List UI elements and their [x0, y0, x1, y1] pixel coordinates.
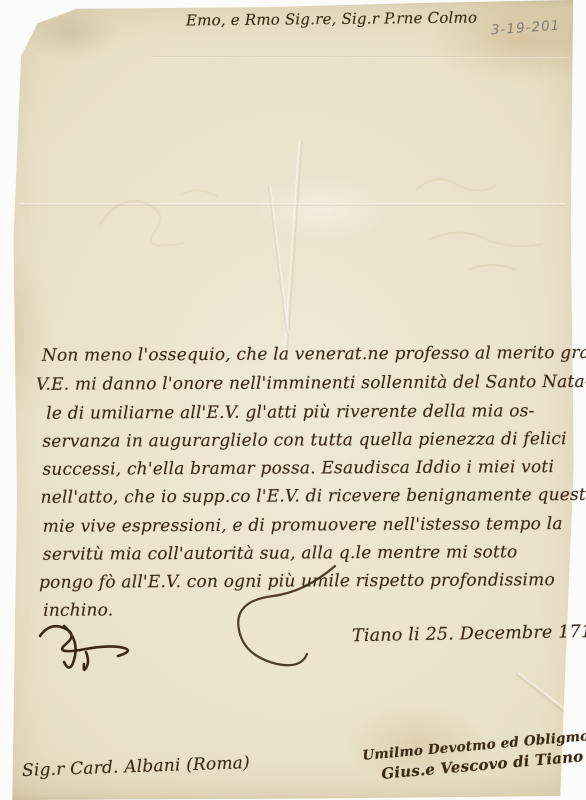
photograph-stage: 3-19-201 Emo, e Rmo Sig.re, Sig.r P.rne …: [0, 0, 586, 800]
ink-showthrough: [408, 150, 558, 300]
body-line: le di umiliarne all'E.V. gl'atti più riv…: [46, 401, 535, 424]
salutation-line: Emo, e Rmo Sig.re, Sig.r P.rne Colmo: [186, 8, 477, 29]
ink-sweep-flourish: [215, 560, 355, 670]
body-line: mie vive espressioni, e di promuovere ne…: [43, 514, 563, 537]
ink-showthrough: [90, 165, 230, 265]
vertical-crease: [268, 185, 289, 334]
ink-paraph-flourish: [34, 612, 134, 672]
body-line: Non meno l'ossequio, che la venerat.ne p…: [42, 343, 586, 366]
horizontal-fold-crease: [150, 56, 570, 58]
body-line: V.E. mi danno l'onore nell'imminenti sol…: [36, 372, 586, 395]
body-line: successi, ch'ella bramar possa. Esaudisc…: [42, 457, 554, 480]
vertical-crease: [283, 140, 302, 360]
horizontal-fold-crease: [20, 203, 566, 206]
letter-paper-sheet: [0, 0, 586, 800]
place-date-line: Tiano li 25. Decembre 1719: [352, 622, 586, 646]
body-line: nell'atto, che io supp.co l'E.V. di rice…: [41, 485, 586, 508]
body-line: servanza in augurarglielo con tutta quel…: [42, 429, 567, 452]
